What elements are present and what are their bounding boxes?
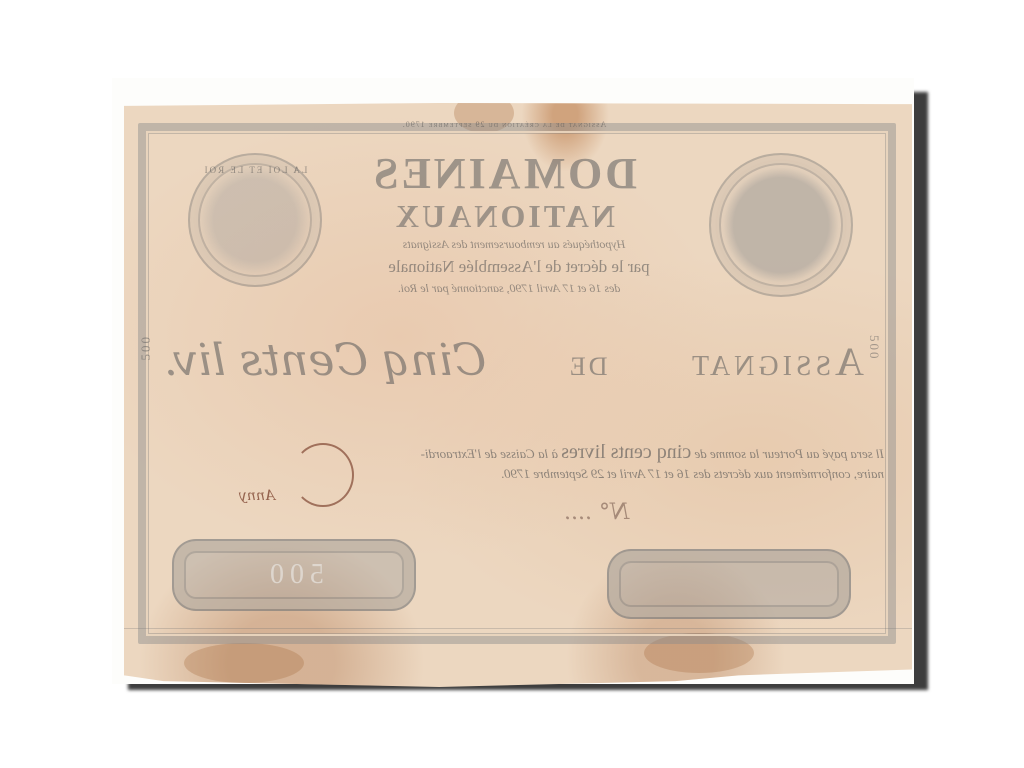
subtitle-line-2: par le décret de l'Assemblée Nationale — [329, 257, 709, 277]
body-line-1-prefix: Il sera payé au Porteur la somme de — [694, 446, 884, 461]
title-nationaux: NATIONAUX — [354, 199, 654, 233]
title-domaines: DOMAINES — [334, 151, 674, 197]
de-word: DE — [567, 352, 608, 382]
left-seal-legend: LA LOI ET LE ROI — [190, 165, 320, 175]
body-line-2: naire, conformément aux décrets des 16 e… — [184, 466, 884, 482]
side-number-left: 500 — [138, 335, 154, 361]
banknote: Assignat de la création du 29 septembre … — [124, 103, 912, 687]
body-line-1: Il sera payé au Porteur la somme de cinq… — [184, 441, 884, 464]
cartouche-left-value: 500 — [264, 559, 324, 591]
right-seal-portrait — [709, 153, 853, 297]
handwritten-loop-mark — [292, 443, 354, 507]
body-line-1-amount: cinq cents livres — [561, 441, 691, 463]
subtitle-line-1: Hypothéqués au remboursement des Assigna… — [324, 237, 704, 252]
cartouche-left: 500 — [172, 539, 416, 611]
signature-right: N° .... — [564, 500, 629, 525]
subtitle-line-3-text: des 16 et 17 Avril 1790, sanctionné par … — [329, 281, 689, 296]
signature-left: Anny — [239, 488, 275, 504]
bottom-ornamental-band — [124, 628, 912, 659]
title-domaines-text: DOMAINES — [334, 151, 674, 197]
cartouche-right — [607, 549, 851, 619]
title-nationaux-text: NATIONAUX — [354, 199, 654, 233]
subtitle-line-3: des 16 et 17 Avril 1790, sanctionné par … — [329, 281, 689, 296]
top-band-text: Assignat de la création du 29 septembre … — [359, 117, 649, 133]
assignat-word: Assignat — [688, 338, 864, 385]
denomination-heading: Assignat DE Cinq Cents liv. — [164, 335, 864, 395]
subtitle-line-2-text: par le décret de l'Assemblée Nationale — [329, 257, 709, 277]
amount-script: Cinq Cents liv. — [164, 335, 486, 386]
body-text: Il sera payé au Porteur la somme de cinq… — [184, 441, 884, 482]
side-number-right: 500 — [866, 335, 882, 361]
body-line-1-suffix: à la Caisse de l'Extraordi- — [421, 446, 558, 461]
subtitle-line-1-text: Hypothéqués au remboursement des Assigna… — [324, 237, 704, 252]
left-seal: LA LOI ET LE ROI — [188, 153, 322, 287]
